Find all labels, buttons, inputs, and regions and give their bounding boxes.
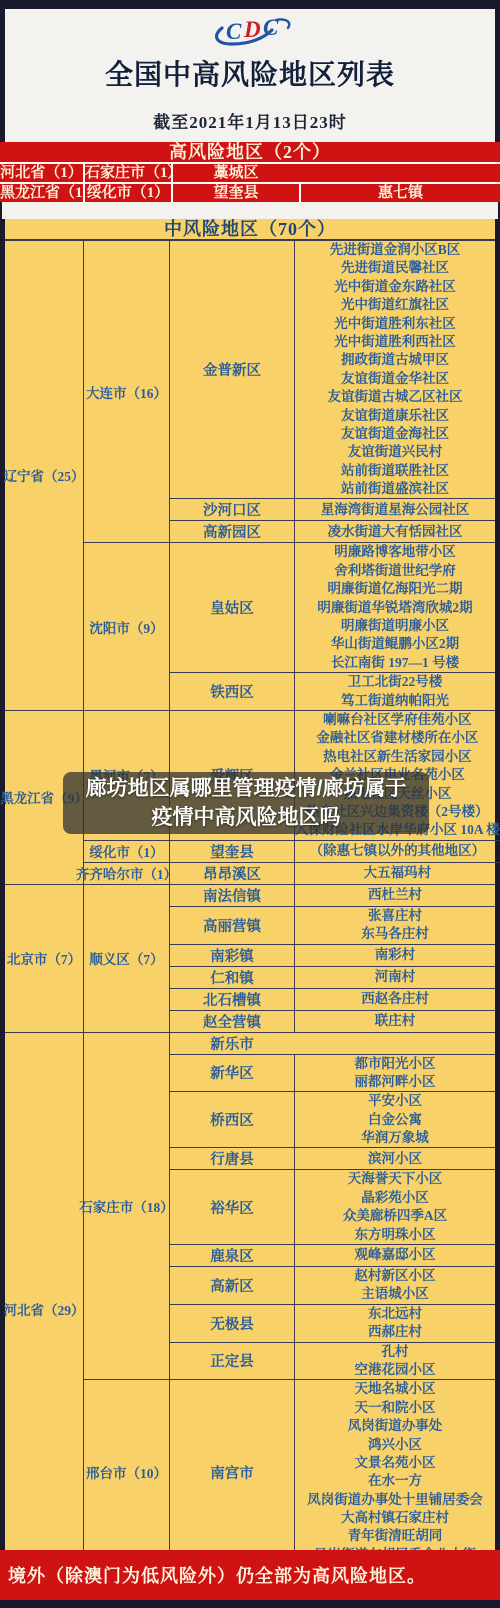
province-block: 河北省（29）石家庄市（18）新乐市新华区都市阳光小区丽都河畔小区桥西区平安小区…	[5, 1032, 495, 1587]
district-cell: 新华区	[170, 1055, 294, 1092]
community-list: 南彩村	[294, 945, 495, 966]
community-cell: 明廉街道亿海阳光二期	[295, 580, 495, 598]
community-list: 凌水街道大有恬园社区	[294, 521, 495, 542]
community-cell: 青年街清旺胡同	[295, 1527, 495, 1545]
community-cell: 明廉路博客地带小区	[295, 543, 495, 561]
community-cell: 西赵各庄村	[295, 990, 495, 1008]
district-block: 行唐县滨河小区	[170, 1147, 495, 1169]
caption-overlay: 廊坊地区属哪里管理疫情/廊坊属于 疫情中高风险地区吗	[63, 772, 429, 834]
community-cell: 东马各庄村	[295, 925, 495, 943]
district-block: 昂昂溪区大五福玛村	[170, 863, 500, 884]
district-cell: 北石槽镇	[170, 989, 294, 1010]
district-block: 高丽营镇张喜庄村东马各庄村	[170, 906, 495, 944]
community-cell: 友谊街道康乐社区	[295, 407, 495, 425]
city-cell: 石家庄市（1）	[83, 164, 171, 182]
county-cell: 望奎县	[171, 184, 299, 202]
community-cell: 平安小区	[295, 1092, 495, 1110]
city-body: 金普新区先进街道金润小区B区先进街道民馨社区光中街道金东路社区光中街道红旗社区光…	[169, 241, 495, 542]
community-list: 天地名城小区天一和院小区凤岗街道办事处鸿兴小区文景名苑小区在水一方凤岗街道办事处…	[294, 1380, 495, 1564]
city-block: 大连市（16）金普新区先进街道金润小区B区先进街道民馨社区光中街道金东路社区光中…	[84, 241, 495, 542]
district-cell: 沙河口区	[170, 499, 294, 520]
community-cell: 鸿兴小区	[295, 1436, 495, 1454]
community-cell: 先进街道金润小区B区	[295, 241, 495, 259]
county-cell: 藁城区	[171, 164, 299, 182]
district-block: 赵全营镇联庄村	[170, 1010, 495, 1032]
community-cell: 天地名城小区	[295, 1380, 495, 1398]
community-cell: 光中街道金东路社区	[295, 278, 495, 296]
province-cell: 黑龙江省（1）	[0, 184, 83, 202]
district-block: 南法信镇西杜兰村	[170, 885, 495, 906]
district-block: 新乐市	[170, 1033, 495, 1054]
district-cell: 皇姑区	[170, 543, 294, 672]
community-list: 孔村空港花园小区	[294, 1343, 495, 1380]
district-block: 仁和镇河南村	[170, 966, 495, 988]
community-cell: 众美廊桥四季A区	[295, 1207, 495, 1225]
high-risk-row: 黑龙江省（1）绥化市（1）望奎县惠七镇	[0, 182, 500, 202]
district-block: 南宫市天地名城小区天一和院小区凤岗街道办事处鸿兴小区文景名苑小区在水一方凤岗街道…	[170, 1380, 495, 1564]
community-cell: 光中街道胜利东社区	[295, 315, 495, 333]
district-block: 皇姑区明廉路博客地带小区舍利塔街道世纪学府明廉街道亿海阳光二期明廉街道华锐塔湾欣…	[170, 543, 495, 672]
community-cell: 孔村	[295, 1343, 495, 1361]
community-cell: 大高村镇石家庄村	[295, 1509, 495, 1527]
city-cell: 绥化市（1）	[83, 184, 171, 202]
community-cell: 张喜庄村	[295, 907, 495, 925]
district-block: 铁西区卫工北街22号楼笃工街道纳帕阳光	[170, 672, 495, 710]
community-list	[294, 1033, 495, 1054]
community-list: 都市阳光小区丽都河畔小区	[294, 1055, 495, 1092]
community-cell: 站前街道联胜社区	[295, 462, 495, 480]
city-body: 望奎县（除惠七镇以外的其他地区）	[169, 841, 500, 862]
community-list: 先进街道金润小区B区先进街道民馨社区光中街道金东路社区光中街道红旗社区光中街道胜…	[294, 241, 495, 498]
district-cell: 行唐县	[170, 1148, 294, 1169]
city-block: 邢台市（10）南宫市天地名城小区天一和院小区凤岗街道办事处鸿兴小区文景名苑小区在…	[84, 1379, 495, 1564]
cdc-logo: C D C	[5, 12, 495, 52]
community-cell: 光中街道胜利西社区	[295, 333, 495, 351]
community-cell: 华山街道鲲鹏小区2期	[295, 635, 495, 653]
province-block: 北京市（7）顺义区（7）南法信镇西杜兰村高丽营镇张喜庄村东马各庄村南彩镇南彩村仁…	[5, 884, 495, 1032]
community-cell: 站前街道盛滨社区	[295, 480, 495, 498]
city-body: 南法信镇西杜兰村高丽营镇张喜庄村东马各庄村南彩镇南彩村仁和镇河南村北石槽镇西赵各…	[169, 885, 495, 1032]
district-block: 新华区都市阳光小区丽都河畔小区	[170, 1054, 495, 1092]
province-block: 辽宁省（25）大连市（16）金普新区先进街道金润小区B区先进街道民馨社区光中街道…	[5, 241, 495, 710]
community-cell: 喇嘛台社区学府佳苑小区	[295, 711, 500, 729]
community-cell: （除惠七镇以外的其他地区）	[295, 842, 500, 860]
city-cell: 邢台市（10）	[84, 1380, 169, 1564]
community-cell: 南彩村	[295, 946, 495, 964]
community-cell: 天一和院小区	[295, 1399, 495, 1417]
community-list: 星海湾街道星海公园社区	[294, 499, 495, 520]
community-cell: 友谊街道兴民村	[295, 443, 495, 461]
page-title: 全国中高风险地区列表	[5, 60, 495, 92]
as-of-date: 截至2021年1月13日23时	[5, 108, 495, 133]
district-block: 望奎县（除惠七镇以外的其他地区）	[170, 841, 500, 862]
city-cell: 齐齐哈尔市（1）	[84, 863, 169, 884]
community-list: 西赵各庄村	[294, 989, 495, 1010]
community-cell: 文景名苑小区	[295, 1454, 495, 1472]
community-cell: 大五福玛村	[295, 864, 500, 882]
community-list: 赵村新区小区主语城小区	[294, 1267, 495, 1304]
community-cell: 观峰嘉邸小区	[295, 1246, 495, 1264]
district-cell: 赵全营镇	[170, 1011, 294, 1032]
community-list: （除惠七镇以外的其他地区）	[294, 841, 500, 862]
community-cell: 长江南街 197—1 号楼	[295, 654, 495, 672]
community-cell: 滨河小区	[295, 1150, 495, 1168]
city-body: 昂昂溪区大五福玛村	[169, 863, 500, 884]
community-list: 明廉路博客地带小区舍利塔街道世纪学府明廉街道亿海阳光二期明廉街道华锐塔湾欣城2期…	[294, 543, 495, 672]
community-cell: 华润万象城	[295, 1129, 495, 1147]
community-list: 大五福玛村	[294, 863, 500, 884]
district-cell: 鹿泉区	[170, 1245, 294, 1266]
community-cell: 东北远村	[295, 1305, 495, 1323]
community-list: 张喜庄村东马各庄村	[294, 907, 495, 944]
city-body: 南宫市天地名城小区天一和院小区凤岗街道办事处鸿兴小区文景名苑小区在水一方凤岗街道…	[169, 1380, 495, 1564]
medium-risk-title: 中风险地区（70个）	[5, 219, 495, 239]
community-list: 东北远村西郝庄村	[294, 1305, 495, 1342]
section-gap	[2, 202, 498, 219]
community-cell: 都市阳光小区	[295, 1055, 495, 1073]
community-cell: 空港花园小区	[295, 1361, 495, 1379]
medium-risk-table: 中风险地区（70个） 辽宁省（25）大连市（16）金普新区先进街道金润小区B区先…	[5, 219, 495, 1586]
community-cell: 友谊街道古城乙区社区	[295, 388, 495, 406]
caption-line-1: 廊坊地区属哪里管理疫情/廊坊属于	[86, 774, 407, 803]
district-cell: 高新区	[170, 1267, 294, 1304]
district-block: 正定县孔村空港花园小区	[170, 1342, 495, 1380]
city-block: 石家庄市（18）新乐市新华区都市阳光小区丽都河畔小区桥西区平安小区白金公寓华润万…	[84, 1033, 495, 1380]
district-cell: 正定县	[170, 1343, 294, 1380]
community-cell: 联庄村	[295, 1012, 495, 1030]
district-block: 沙河口区星海湾街道星海公园社区	[170, 498, 495, 520]
province-body: 大连市（16）金普新区先进街道金润小区B区先进街道民馨社区光中街道金东路社区光中…	[83, 241, 495, 710]
community-cell: 舍利塔街道世纪学府	[295, 562, 495, 580]
district-cell: 无极县	[170, 1305, 294, 1342]
community-cell: 金融社区省建材楼所在小区	[295, 729, 500, 747]
district-block: 鹿泉区观峰嘉邸小区	[170, 1244, 495, 1266]
community-cell: 笃工街道纳帕阳光	[295, 692, 495, 710]
community-cell: 明廉街道明廉小区	[295, 617, 495, 635]
community-cell: 凌水街道大有恬园社区	[295, 523, 495, 541]
community-list: 西杜兰村	[294, 885, 495, 906]
community-cell: 光中街道红旗社区	[295, 296, 495, 314]
community-list: 观峰嘉邸小区	[294, 1245, 495, 1266]
community-cell: 天海誉天下小区	[295, 1170, 495, 1188]
community-cell: 主语城小区	[295, 1285, 495, 1303]
district-cell: 昂昂溪区	[170, 863, 294, 884]
footer-note: 境外（除澳门为低风险外）仍全部为高风险地区。	[0, 1550, 500, 1600]
district-cell: 南宫市	[170, 1380, 294, 1564]
district-cell: 仁和镇	[170, 967, 294, 988]
high-risk-rows: 河北省（1）石家庄市（1）藁城区黑龙江省（1）绥化市（1）望奎县惠七镇	[0, 164, 500, 202]
district-cell: 高丽营镇	[170, 907, 294, 944]
caption-line-2: 疫情中高风险地区吗	[152, 803, 341, 832]
logo-letter-c1: C	[226, 19, 242, 44]
district-cell: 南彩镇	[170, 945, 294, 966]
community-cell: 丽都河畔小区	[295, 1073, 495, 1091]
province-cell: 河北省（1）	[0, 164, 83, 182]
district-cell: 南法信镇	[170, 885, 294, 906]
city-block: 齐齐哈尔市（1）昂昂溪区大五福玛村	[84, 862, 500, 884]
community-cell: 先进街道民馨社区	[295, 259, 495, 277]
city-block: 绥化市（1）望奎县（除惠七镇以外的其他地区）	[84, 840, 500, 862]
city-cell: 大连市（16）	[84, 241, 169, 542]
community-cell: 在水一方	[295, 1472, 495, 1490]
community-cell: 热电社区新生活家园小区	[295, 748, 500, 766]
community-cell: 白金公寓	[295, 1111, 495, 1129]
district-block: 高新园区凌水街道大有恬园社区	[170, 520, 495, 542]
city-cell: 顺义区（7）	[84, 885, 169, 1032]
city-cell: 绥化市（1）	[84, 841, 169, 862]
district-cell: 望奎县	[170, 841, 294, 862]
district-cell: 新乐市	[170, 1033, 294, 1054]
community-cell: 东方明珠小区	[295, 1226, 495, 1244]
community-cell: 友谊街道金海社区	[295, 425, 495, 443]
district-block: 北石槽镇西赵各庄村	[170, 988, 495, 1010]
city-body: 皇姑区明廉路博客地带小区舍利塔街道世纪学府明廉街道亿海阳光二期明廉街道华锐塔湾欣…	[169, 543, 495, 710]
province-cell: 河北省（29）	[5, 1033, 83, 1587]
district-cell: 裕华区	[170, 1170, 294, 1244]
district-block: 高新区赵村新区小区主语城小区	[170, 1266, 495, 1304]
city-cell: 石家庄市（18）	[84, 1033, 169, 1380]
district-cell: 高新园区	[170, 521, 294, 542]
district-block: 金普新区先进街道金润小区B区先进街道民馨社区光中街道金东路社区光中街道红旗社区光…	[170, 241, 495, 498]
city-body: 新乐市新华区都市阳光小区丽都河畔小区桥西区平安小区白金公寓华润万象城行唐县滨河小…	[169, 1033, 495, 1380]
community-cell: 西郝庄村	[295, 1323, 495, 1341]
district-block: 南彩镇南彩村	[170, 944, 495, 966]
logo-letter-d: D	[243, 17, 261, 42]
header: C D C 全国中高风险地区列表 截至2021年1月13日23时	[5, 9, 495, 142]
community-cell: 友谊街道金华社区	[295, 370, 495, 388]
city-block: 沈阳市（9）皇姑区明廉路博客地带小区舍利塔街道世纪学府明廉街道亿海阳光二期明廉街…	[84, 542, 495, 710]
district-block: 桥西区平安小区白金公寓华润万象城	[170, 1091, 495, 1147]
community-cell	[294, 1034, 495, 1052]
community-list: 滨河小区	[294, 1148, 495, 1169]
community-cell: 西杜兰村	[295, 886, 495, 904]
high-risk-table: 高风险地区（2个） 河北省（1）石家庄市（1）藁城区黑龙江省（1）绥化市（1）望…	[0, 142, 500, 202]
district-cell: 金普新区	[170, 241, 294, 498]
city-block: 顺义区（7）南法信镇西杜兰村高丽营镇张喜庄村东马各庄村南彩镇南彩村仁和镇河南村北…	[84, 885, 495, 1032]
district-block: 无极县东北远村西郝庄村	[170, 1304, 495, 1342]
community-cell: 卫工北街22号楼	[295, 673, 495, 691]
community-list: 卫工北街22号楼笃工街道纳帕阳光	[294, 673, 495, 710]
medium-risk-body: 辽宁省（25）大连市（16）金普新区先进街道金润小区B区先进街道民馨社区光中街道…	[5, 239, 495, 1586]
high-risk-title: 高风险地区（2个）	[0, 142, 500, 164]
province-body: 顺义区（7）南法信镇西杜兰村高丽营镇张喜庄村东马各庄村南彩镇南彩村仁和镇河南村北…	[83, 885, 495, 1032]
community-cell: 明廉街道华锐塔湾欣城2期	[295, 599, 495, 617]
community-cell: 河南村	[295, 968, 495, 986]
community-cell: 晶彩苑小区	[295, 1189, 495, 1207]
community-list: 天海誉天下小区晶彩苑小区众美廊桥四季A区东方明珠小区	[294, 1170, 495, 1244]
community-cell: 拥政街道古城甲区	[295, 351, 495, 369]
community-list: 平安小区白金公寓华润万象城	[294, 1092, 495, 1147]
district-block: 裕华区天海誉天下小区晶彩苑小区众美廊桥四季A区东方明珠小区	[170, 1169, 495, 1244]
province-cell: 北京市（7）	[5, 885, 83, 1032]
infographic-page: C D C 全国中高风险地区列表 截至2021年1月13日23时 高风险地区（2…	[0, 0, 500, 1608]
logo-letter-c2: C	[263, 15, 279, 40]
community-list: 联庄村	[294, 1011, 495, 1032]
province-body: 石家庄市（18）新乐市新华区都市阳光小区丽都河畔小区桥西区平安小区白金公寓华润万…	[83, 1033, 495, 1587]
community-cell: 星海湾街道星海公园社区	[295, 501, 495, 519]
district-cell: 桥西区	[170, 1092, 294, 1147]
community-list: 河南村	[294, 967, 495, 988]
province-cell: 辽宁省（25）	[5, 241, 83, 710]
community-cell: 凤岗街道办事处十里铺居委会	[295, 1491, 495, 1509]
city-cell: 沈阳市（9）	[84, 543, 169, 710]
town-cell: 惠七镇	[299, 184, 500, 202]
community-cell: 凤岗街道办事处	[295, 1417, 495, 1435]
community-cell: 赵村新区小区	[295, 1267, 495, 1285]
district-cell: 铁西区	[170, 673, 294, 710]
town-cell	[299, 164, 500, 182]
high-risk-row: 河北省（1）石家庄市（1）藁城区	[0, 164, 500, 182]
